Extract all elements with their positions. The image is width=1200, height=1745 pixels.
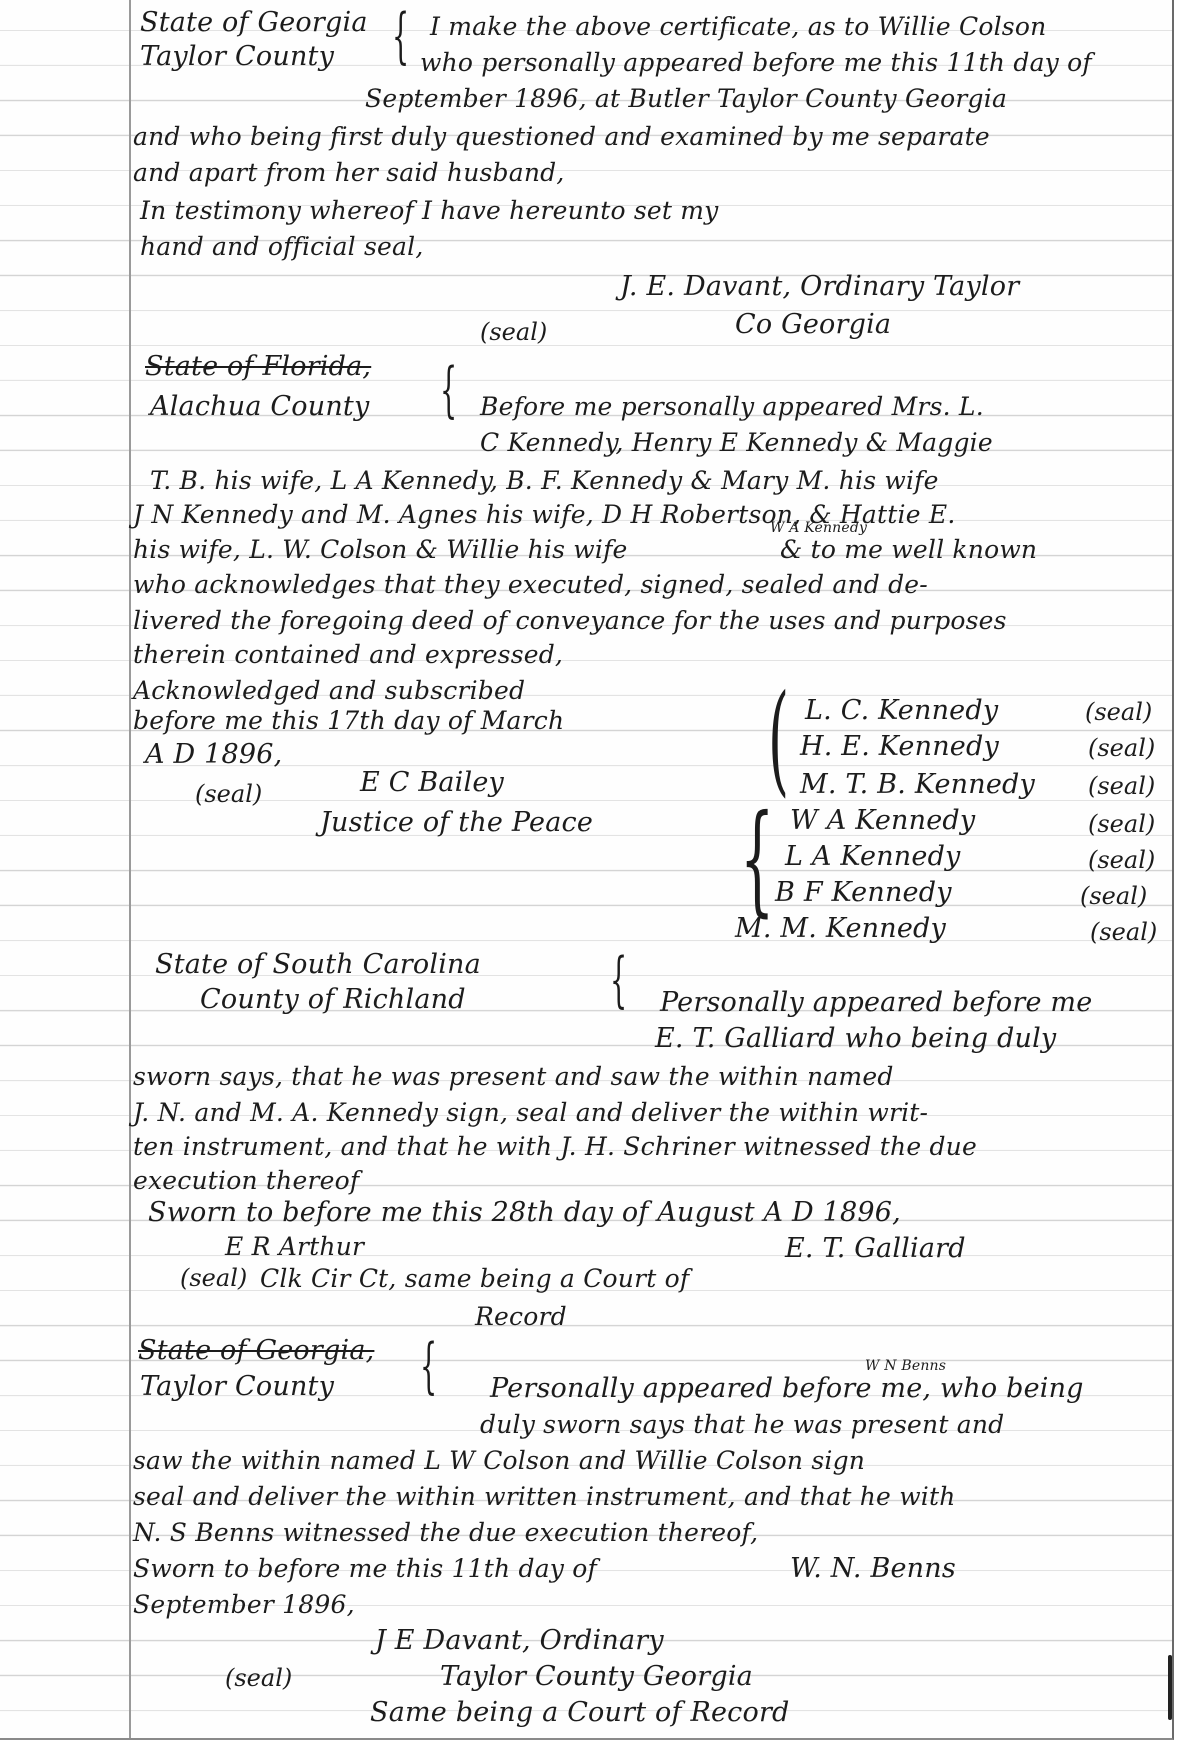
text-line: duly sworn says that he was present and <box>480 1410 1004 1440</box>
text-line: sworn says, that he was present and saw … <box>133 1062 894 1092</box>
signatory-name: L. C. Kennedy <box>805 696 998 726</box>
text-line: September 1896, at Butler Taylor County … <box>365 84 1007 114</box>
signatory-name: H. E. Kennedy <box>800 732 999 762</box>
text-line: livered the foregoing deed of conveyance… <box>133 606 1007 636</box>
officer-title: Clk Cir Ct, same being a Court of <box>260 1264 689 1294</box>
text-line: J. N. and M. A. Kennedy sign, seal and d… <box>133 1098 928 1128</box>
text-line: Acknowledged and subscribed <box>133 676 525 706</box>
text-line: and apart from her said husband, <box>133 158 565 188</box>
seal-mark: (seal) <box>1085 698 1152 726</box>
text-line: A D 1896, <box>145 740 282 770</box>
text-line: I make the above certificate, as to Will… <box>430 12 1046 42</box>
seal-mark: (seal) <box>225 1664 292 1692</box>
officer-title-line2: Same being a Court of Record <box>370 1698 790 1728</box>
signatory-name: W A Kennedy <box>790 806 975 836</box>
text-line: saw the within named L W Colson and Will… <box>133 1446 865 1476</box>
jurisdiction-state: State of Georgia, <box>138 1336 374 1366</box>
text-line: Personally appeared before me, who being <box>490 1374 1084 1404</box>
text-line: & to me well known <box>780 535 1037 565</box>
text-line: E. T. Galliard who being duly <box>655 1024 1056 1054</box>
text-line: who personally appeared before me this 1… <box>420 48 1092 78</box>
jurisdiction-county: Alachua County <box>150 392 369 422</box>
text-line: his wife, L. W. Colson & Willie his wife <box>133 535 628 565</box>
bracket: { <box>420 1336 437 1396</box>
text-line: Personally appeared before me <box>660 988 1092 1018</box>
text-line: September 1896, <box>133 1590 355 1620</box>
officer-signature: E C Bailey <box>360 768 504 798</box>
text-line: who acknowledges that they executed, sig… <box>133 570 928 600</box>
text-line: T. B. his wife, L A Kennedy, B. F. Kenne… <box>150 466 939 496</box>
jurisdiction-state: State of Georgia <box>140 8 368 38</box>
text-line: Sworn to before me this 11th day of <box>133 1554 597 1584</box>
seal-mark: (seal) <box>1088 846 1155 874</box>
officer-signature: E R Arthur <box>225 1232 364 1262</box>
interlineation: W N Benns <box>865 1358 946 1374</box>
officer-signature: J. E. Davant, Ordinary Taylor <box>620 272 1019 302</box>
margin-rule <box>129 0 131 1738</box>
jurisdiction-state: State of Florida, <box>145 352 371 382</box>
text-line: therein contained and expressed, <box>133 640 563 670</box>
bracket: { <box>440 360 457 420</box>
jurisdiction-county: Taylor County <box>140 1372 334 1402</box>
text-line: C Kennedy, Henry E Kennedy & Maggie <box>480 428 993 458</box>
seal-mark: (seal) <box>180 1264 247 1292</box>
seal-mark: (seal) <box>1088 810 1155 838</box>
signatory-name: M. T. B. Kennedy <box>800 770 1035 800</box>
seal-mark: (seal) <box>1088 734 1155 762</box>
officer-title-line2: Record <box>475 1302 567 1332</box>
text-line: Before me personally appeared Mrs. L. <box>480 392 984 422</box>
seal-mark: (seal) <box>1090 918 1157 946</box>
officer-title: Taylor County Georgia <box>440 1662 753 1692</box>
jurisdiction-county: Taylor County <box>140 42 334 72</box>
seal-mark: (seal) <box>1080 882 1147 910</box>
ledger-page: State of Georgia Taylor County { I make … <box>0 0 1174 1740</box>
signatory-name: L A Kennedy <box>785 842 961 872</box>
text-line: ten instrument, and that he with J. H. S… <box>133 1132 977 1162</box>
officer-signature: J E Davant, Ordinary <box>375 1626 664 1656</box>
page-edge-mark <box>1168 1655 1172 1720</box>
bracket: { <box>740 800 774 920</box>
affiant-signature: E. T. Galliard <box>785 1234 966 1264</box>
seal-mark: (seal) <box>480 318 547 346</box>
seal-mark: (seal) <box>1088 772 1155 800</box>
officer-signature-line2: Co Georgia <box>735 310 891 340</box>
jurisdiction-county: County of Richland <box>200 985 466 1015</box>
affiant-signature: W. N. Benns <box>790 1554 956 1584</box>
text-line: In testimony whereof I have hereunto set… <box>140 196 719 226</box>
bracket: { <box>392 6 409 66</box>
jurisdiction-state: State of South Carolina <box>155 950 481 980</box>
text-line: and who being first duly questioned and … <box>133 122 990 152</box>
text-line: before me this 17th day of March <box>133 706 564 736</box>
text-line: execution thereof <box>133 1166 359 1196</box>
bracket: ( <box>768 680 789 800</box>
officer-title: Justice of the Peace <box>320 808 593 838</box>
text-line: Sworn to before me this 28th day of Augu… <box>148 1198 901 1228</box>
text-line: N. S Benns witnessed the due execution t… <box>133 1518 758 1548</box>
signatory-name: M. M. Kennedy <box>735 914 946 944</box>
seal-mark: (seal) <box>195 780 262 808</box>
text-line: seal and deliver the within written inst… <box>133 1482 956 1512</box>
bracket: { <box>610 950 627 1010</box>
signatory-name: B F Kennedy <box>775 878 952 908</box>
text-line: hand and official seal, <box>140 232 423 262</box>
interlineation: W A Kennedy <box>770 520 867 536</box>
